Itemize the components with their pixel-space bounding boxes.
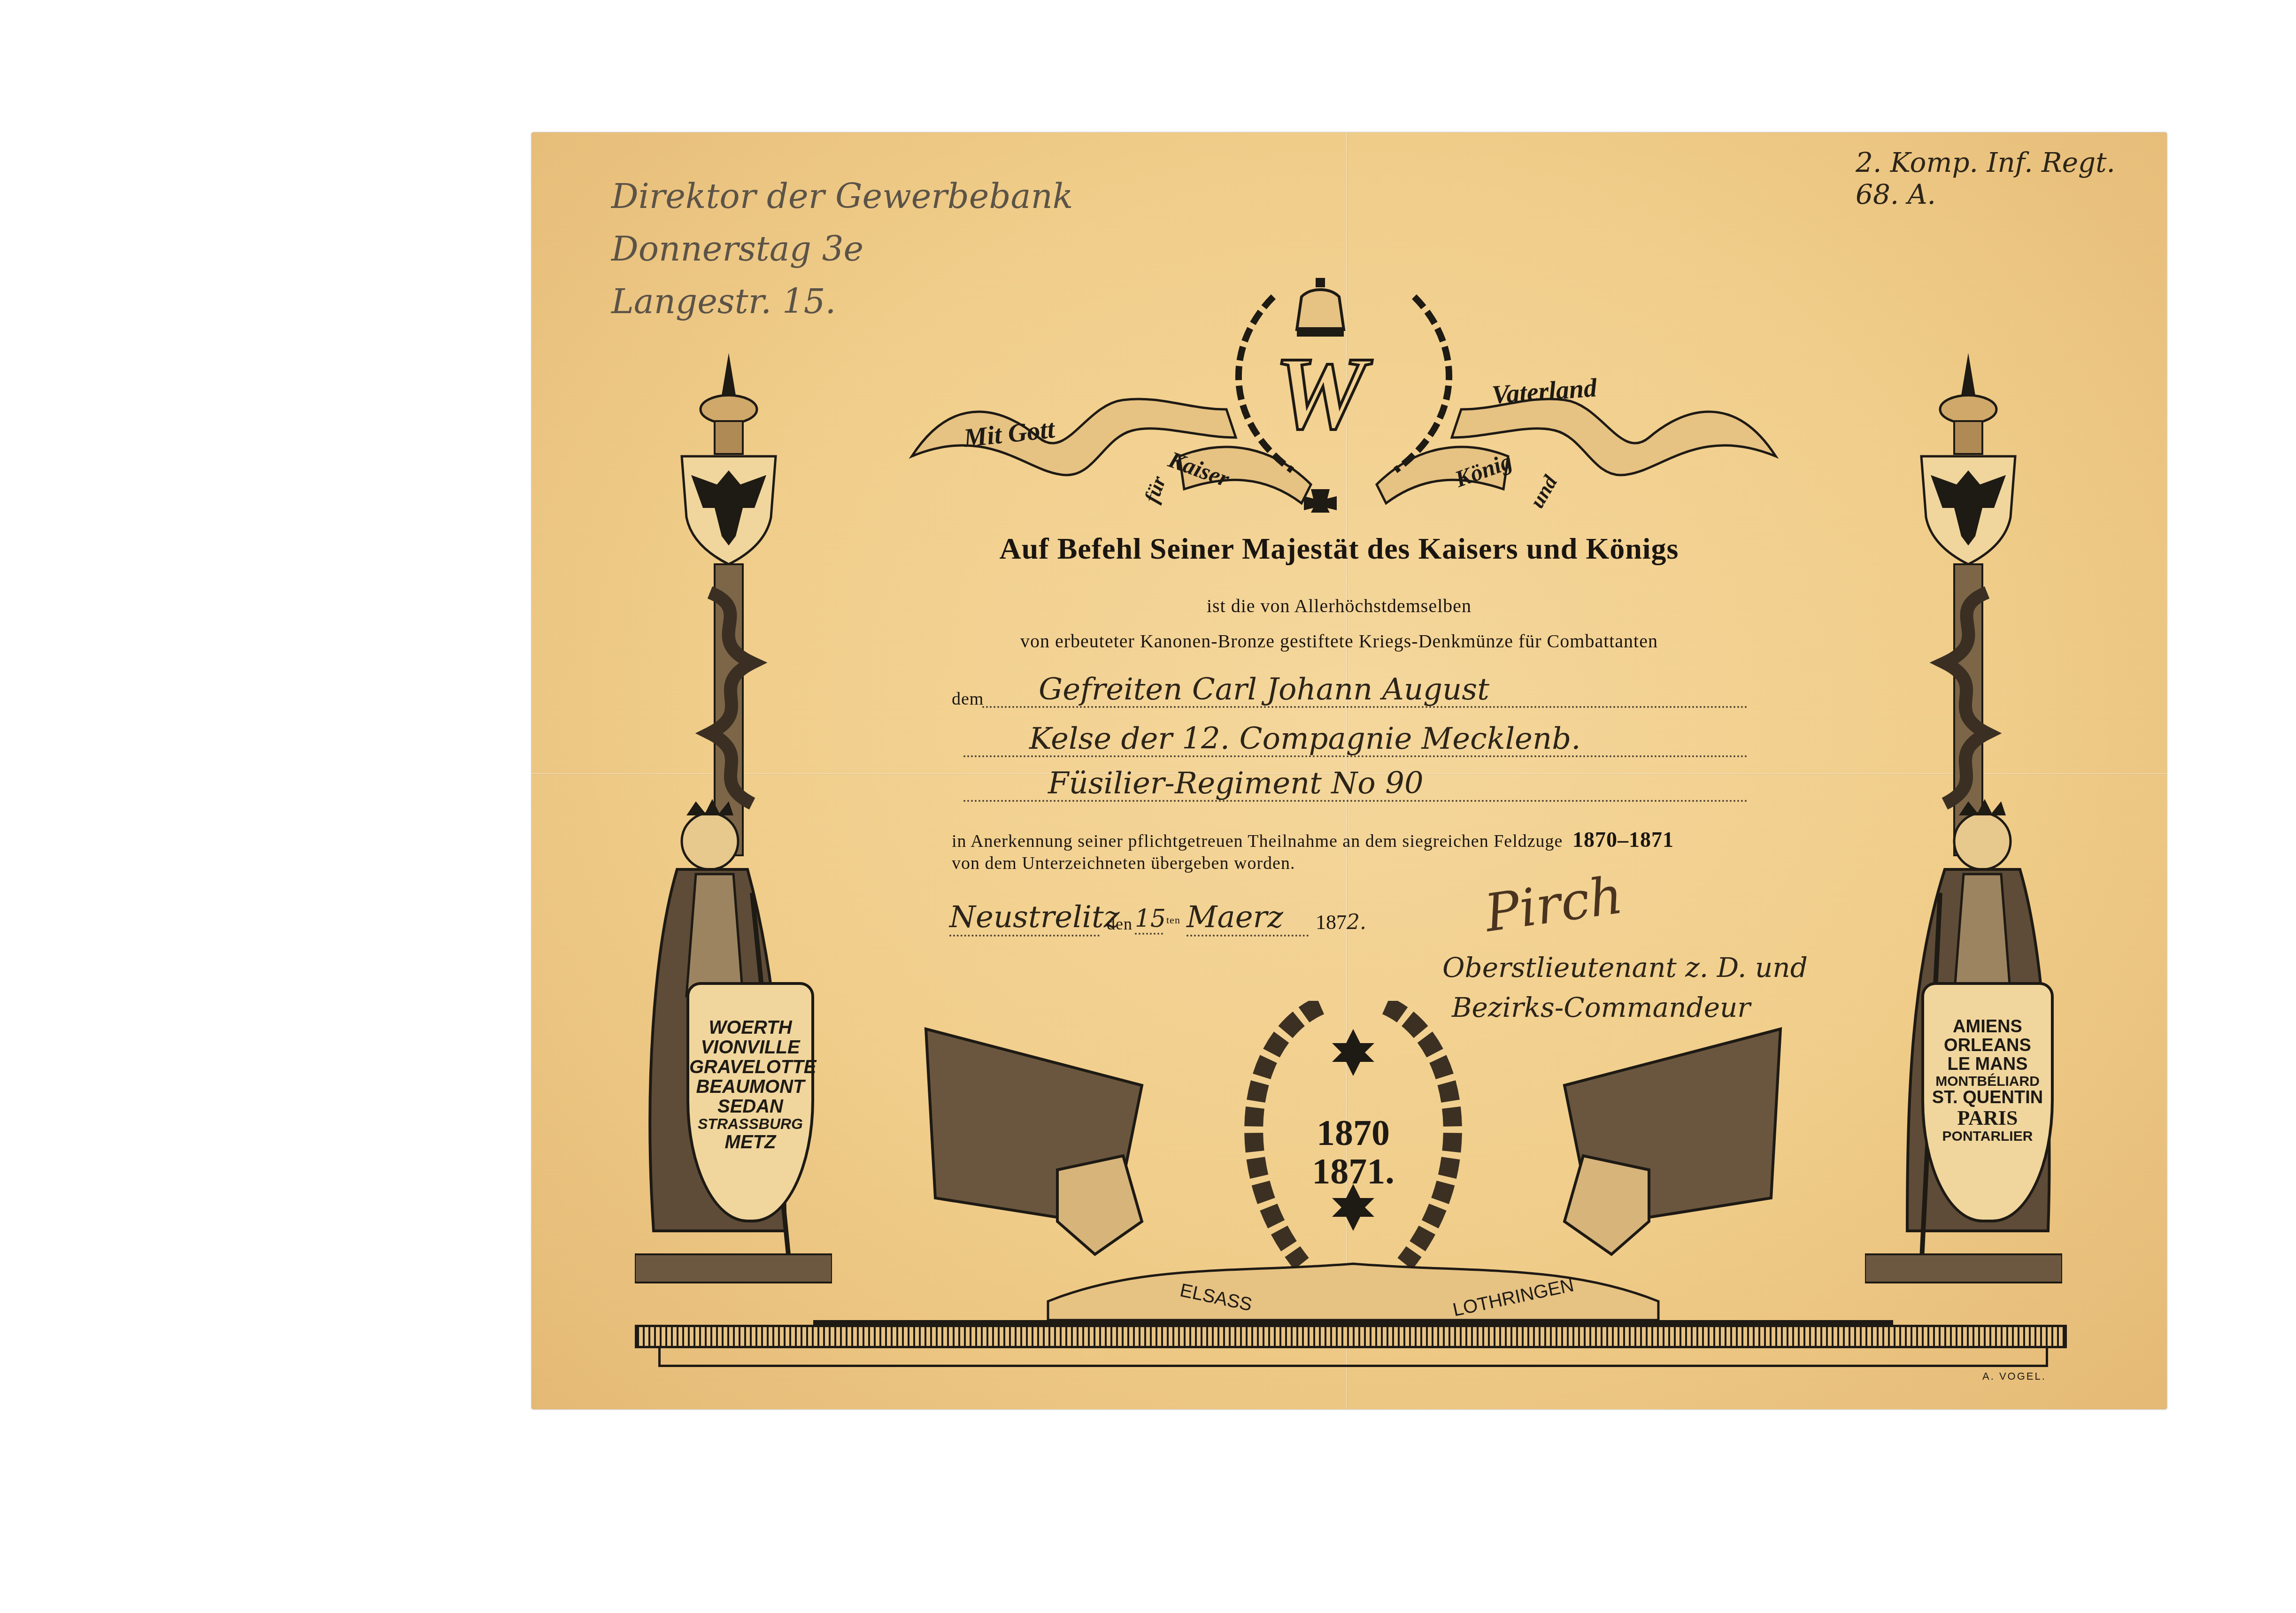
recipient-line-3-field: Füsilier-Regiment No 90 (963, 771, 1748, 802)
dateline: Neustrelitz den 15 ten Maerz 1872. (949, 900, 1419, 942)
den-label: den (1107, 914, 1133, 934)
center-years: 1870 1871. (1302, 1114, 1405, 1191)
crown-icon (1297, 278, 1344, 337)
battle-name: BEAUMONT (689, 1077, 811, 1097)
battle-name: ORLEANS (1924, 1037, 2051, 1055)
six-pointed-star-icon (1332, 1029, 1374, 1076)
crowned-monogram-emblem: W (898, 269, 1790, 513)
battle-name: STRASSBURG (689, 1116, 811, 1132)
year-printed: 187 (1316, 911, 1347, 934)
recipient-rank-name: Gefreiten Carl Johann August (1039, 672, 1489, 707)
battle-name: GRAVELOTTE (689, 1057, 811, 1077)
right-battle-shield: AMIENS ORLEANS LE MANS MONTBÉLIARD ST. Q… (1921, 982, 2054, 1222)
year-field: 1872. (1316, 910, 1366, 934)
battle-name: PONTARLIER (1924, 1129, 2051, 1144)
recipient-line-1-field: Gefreiten Carl Johann August (982, 677, 1748, 708)
year-handwritten: 2. (1347, 910, 1366, 934)
dem-label: dem (952, 689, 984, 709)
battle-name: MONTBÉLIARD (1924, 1074, 2051, 1089)
recognition-line-1: in Anerkennung seiner pflichtgetreuen Th… (952, 827, 1759, 852)
battle-name: ST. QUENTIN (1924, 1089, 2051, 1107)
day-field: 15 (1135, 905, 1163, 935)
engraver-credit: A. VOGEL. (1982, 1370, 2046, 1383)
iron-cross-icon (1304, 489, 1337, 513)
battle-name: VIONVILLE (689, 1037, 811, 1057)
right-shield-battles: AMIENS ORLEANS LE MANS MONTBÉLIARD ST. Q… (1924, 1018, 2051, 1144)
recipient-regiment: Füsilier-Regiment No 90 (1048, 766, 1424, 801)
svg-text:W: W (1274, 336, 1372, 451)
day-suffix: ten (1166, 914, 1180, 926)
right-column-with-germania (1865, 339, 2062, 1409)
pedestal-plinth (658, 1346, 2048, 1367)
battle-name: AMIENS (1924, 1018, 2051, 1037)
pencil-line: Donnerstag 3e (611, 223, 1073, 275)
recipient-surname-company: Kelse der 12. Compagnie Mecklenb. (1029, 722, 1581, 756)
recognition-line-2: von dem Unterzeichneten übergeben worden… (952, 853, 1295, 874)
battle-name: WOERTH (689, 1018, 811, 1037)
signature-title-line-1: Oberstlieutenant z. D. und (1442, 952, 1808, 983)
certificate-paper: Direktor der Gewerbebank Donnerstag 3e L… (532, 132, 2167, 1409)
year-1870: 1870 (1302, 1114, 1405, 1152)
recipient-line-2-field: Kelse der 12. Compagnie Mecklenb. (963, 726, 1748, 757)
body-line-1: ist die von Allerhöchstdemselben (917, 595, 1762, 617)
campaign-years: 1870–1871 (1572, 828, 1674, 852)
left-battle-shield: WOERTH VIONVILLE GRAVELOTTE BEAUMONT SED… (686, 982, 814, 1222)
pencil-line: Direktor der Gewerbebank (611, 170, 1073, 223)
year-1871: 1871. (1302, 1152, 1405, 1191)
ink-annotation-unit: 2. Komp. Inf. Regt. 68. A. (1856, 146, 2167, 210)
battle-name: SEDAN (689, 1097, 811, 1116)
place-field: Neustrelitz (949, 900, 1100, 937)
left-column-with-germania (635, 339, 832, 1409)
battle-name: LE MANS (1924, 1055, 2051, 1074)
pedestal-base (635, 1325, 2067, 1348)
month-field: Maerz (1187, 900, 1309, 937)
battle-name: PARIS (1924, 1107, 2051, 1129)
left-shield-battles: WOERTH VIONVILLE GRAVELOTTE BEAUMONT SED… (689, 1018, 811, 1152)
body-line-2: von erbeuteter Kanonen-Bronze gestiftete… (879, 630, 1799, 652)
commander-signature: Pirch (1481, 865, 1626, 944)
battle-name: METZ (689, 1132, 811, 1152)
certificate-heading: Auf Befehl Seiner Majestät des Kaisers u… (917, 531, 1762, 566)
recognition-text: in Anerkennung seiner pflichtgetreuen Th… (952, 831, 1563, 851)
